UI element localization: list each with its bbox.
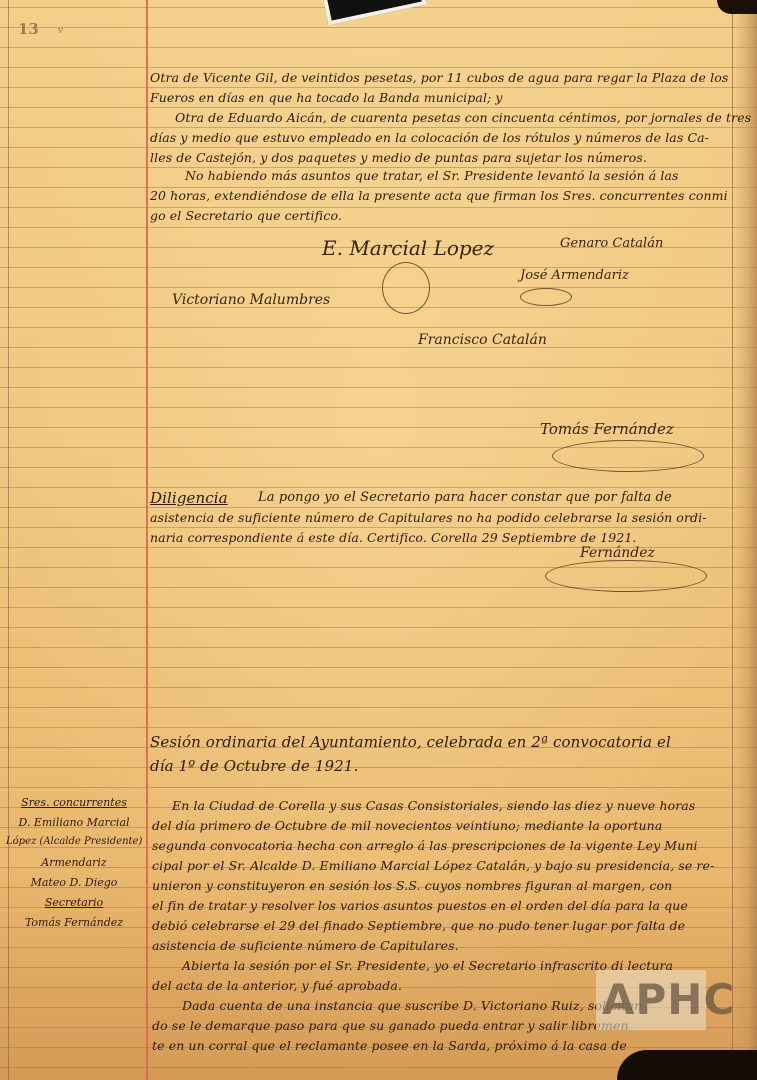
margin-attendees-header: Sres. concurrentes (6, 796, 142, 809)
prev-line-1: Fueros en días en que ha tocado la Banda… (150, 88, 503, 108)
signature-armendariz: José Armendariz (520, 268, 629, 283)
signature-secretary: Tomás Fernández (540, 420, 674, 438)
signature-catalan-francisco: Francisco Catalán (418, 332, 547, 348)
prev-line-7: go el Secretario que certifico. (150, 206, 342, 226)
signature-catalan-genaro: Genaro Catalán (560, 236, 663, 251)
page-edge (732, 0, 757, 1080)
margin-attendee: Mateo D. Diego (6, 876, 142, 889)
prev-line-4: lles de Castejón, y dos paquetes y medio… (150, 148, 647, 168)
watermark-text: APHC (602, 974, 735, 1026)
prev-line-6: 20 horas, extendiéndose de ella la prese… (150, 186, 728, 206)
body-line-4: unieron y constituyeron en sesión los S.… (152, 876, 672, 896)
body-line-3: cipal por el Sr. Alcalde D. Emiliano Mar… (152, 856, 714, 876)
diligencia-signature: Fernández (580, 545, 655, 561)
body-line-5: el fin de tratar y resolver los varios a… (152, 896, 688, 916)
signature-flourish (552, 440, 704, 472)
margin-secretary-label: Secretario (6, 896, 142, 909)
diligencia-line-0: La pongo yo el Secretario para hacer con… (258, 488, 672, 508)
diligencia-line-2: naria correspondiente á este día. Certif… (150, 528, 636, 548)
session-title-line-1: día 1º de Octubre de 1921. (150, 756, 358, 776)
signature-flourish (545, 560, 707, 592)
margin-attendee: López (Alcalde Presidente) (6, 836, 142, 847)
signature-malumbres: Victoriano Malumbres (172, 292, 330, 308)
body-line-2: segunda convocatoria hecha con arreglo á… (152, 836, 698, 856)
body-line-1: del día primero de Octubre de mil noveci… (152, 816, 662, 836)
archive-watermark: APHC (596, 970, 706, 1030)
signature-flourish (382, 262, 430, 314)
signature-marcial: E. Marcial Lopez (322, 236, 494, 260)
prev-line-3: días y medio que estuvo empleado en la c… (150, 128, 709, 148)
archive-tag (322, 0, 426, 25)
folio-number: 13 (18, 20, 39, 38)
margin-attendee: Tomás Fernández (6, 916, 142, 929)
bottom-corner-shadow (617, 1050, 757, 1080)
prev-line-0: Otra de Vicente Gil, de veintidos peseta… (150, 68, 728, 88)
document-page: 13 v Otra de Vicente Gil, de veintidos p… (0, 0, 757, 1080)
folio-side: v (58, 26, 63, 36)
signature-flourish (520, 288, 572, 306)
session-title-line-0: Sesión ordinaria del Ayuntamiento, celeb… (150, 732, 671, 752)
red-margin-line (146, 0, 148, 1080)
body-line-7: asistencia de suficiente número de Capit… (152, 936, 459, 956)
body-line-0: En la Ciudad de Corella y sus Casas Cons… (172, 796, 695, 816)
body-line-6: debió celebrarse el 29 del finado Septie… (152, 916, 685, 936)
prev-line-5: No habiendo más asuntos que tratar, el S… (185, 166, 679, 186)
body-line-11: do se le demarque paso para que su ganad… (152, 1016, 629, 1036)
diligencia-line-1: asistencia de suficiente número de Capit… (150, 508, 707, 528)
prev-line-2: Otra de Eduardo Aicán, de cuarenta peset… (175, 108, 751, 128)
diligencia-label: Diligencia (150, 488, 228, 508)
body-line-10: Dada cuenta de una instancia que suscrib… (182, 996, 647, 1016)
body-line-9: del acta de la anterior, y fué aprobada. (152, 976, 402, 996)
body-line-12: te en un corral que el reclamante posee … (152, 1036, 627, 1056)
top-corner-shadow (717, 0, 757, 14)
margin-attendee: Armendariz (6, 856, 142, 869)
margin-attendee: D. Emiliano Marcial (6, 816, 142, 829)
